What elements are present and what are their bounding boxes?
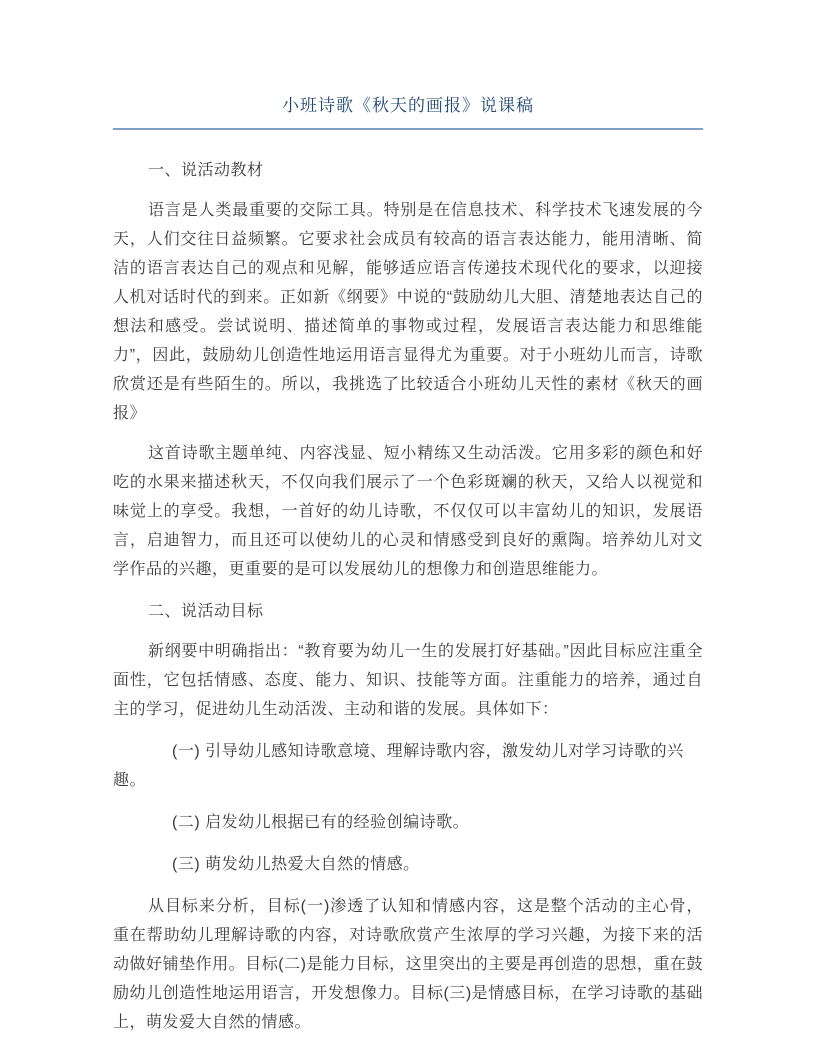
section-heading-goals: 二、说活动目标 bbox=[113, 597, 703, 626]
page-title: 小班诗歌《秋天的画报》说课稿 bbox=[113, 94, 703, 118]
paragraph-poem-description: 这首诗歌主题单纯、内容浅显、短小精练又生动活泼。它用多彩的颜色和好吃的水果来描述… bbox=[113, 439, 703, 584]
list-item-goal-3: (三) 萌发幼儿热爱大自然的情感。 bbox=[113, 850, 703, 879]
section-heading-materials: 一、说活动教材 bbox=[113, 156, 703, 185]
document-page: 小班诗歌《秋天的画报》说课稿 一、说活动教材 语言是人类最重要的交际工具。特别是… bbox=[0, 0, 816, 1056]
list-item-goal-2: (二) 启发幼儿根据已有的经验创编诗歌。 bbox=[113, 808, 703, 837]
paragraph-language-importance: 语言是人类最重要的交际工具。特别是在信息技术、科学技术飞速发展的今天，人们交往日… bbox=[113, 196, 703, 428]
paragraph-goals-analysis: 从目标来分析，目标(一)渗透了认知和情感内容，这是整个活动的主心骨，重在帮助幼儿… bbox=[113, 892, 703, 1037]
list-item-goal-1: (一) 引导幼儿感知诗歌意境、理解诗歌内容，激发幼儿对学习诗歌的兴趣。 bbox=[113, 737, 703, 795]
paragraph-goals-intro: 新纲要中明确指出：“教育要为幼儿一生的发展打好基础。”因此目标应注重全面性，它包… bbox=[113, 637, 703, 724]
title-divider bbox=[113, 128, 703, 130]
